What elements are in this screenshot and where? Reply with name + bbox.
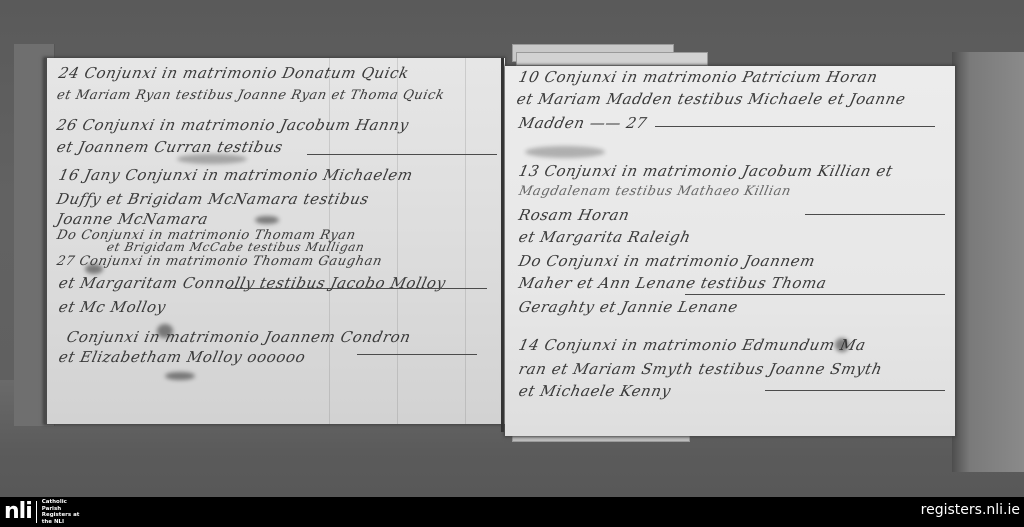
entry-separator <box>655 126 935 127</box>
image-viewer[interactable]: 24 Conjunxi in matrimonio Donatum Quick … <box>0 0 1024 497</box>
ink-smudge <box>165 372 195 380</box>
ink-smudge <box>255 216 279 224</box>
entry-line: Duffy et Brigidam McNamara testibus <box>55 190 371 208</box>
ink-smudge <box>835 338 849 352</box>
book-spine <box>501 58 504 432</box>
entry-line: et Mariam Madden testibus Michaele et Jo… <box>515 90 907 108</box>
entry-line: 10 Conjunxi in matrimonio Patricium Hora… <box>517 68 879 86</box>
left-page: 24 Conjunxi in matrimonio Donatum Quick … <box>44 58 505 424</box>
entry-separator <box>805 214 945 215</box>
entry-line: Madden —— 27 <box>517 114 649 132</box>
entry-line: Conjunxi in matrimonio Joannem Condron <box>65 328 413 346</box>
logo-text: Catholic Parish Registers at the NLI <box>42 499 87 525</box>
entry-line: 24 Conjunxi in matrimonio Donatum Quick <box>57 64 411 82</box>
entry-line: et Margaritam Connolly testibus Jacobo M… <box>57 274 448 292</box>
entry-line: 16 Jany Conjunxi in matrimonio Michaelem <box>57 166 415 184</box>
entry-separator <box>307 154 497 155</box>
ink-smudge <box>525 146 605 158</box>
entry-separator <box>227 288 487 289</box>
entry-line: Rosam Horan <box>517 206 631 224</box>
entry-line: et Elizabetham Molloy oooooo <box>57 348 307 366</box>
entry-line: et Mc Molloy <box>57 298 168 316</box>
right-page: 10 Conjunxi in matrimonio Patricium Hora… <box>505 66 955 436</box>
page-tab-top-2 <box>516 52 708 66</box>
entry-line: ran et Mariam Smyth testibus Joanne Smyt… <box>517 360 884 378</box>
footer-bar: nli Catholic Parish Registers at the NLI… <box>0 497 1024 527</box>
entry-line: Do Conjunxi in matrimonio Joannem <box>517 252 817 270</box>
entry-line: Joanne McNamara <box>55 210 210 228</box>
ruled-line <box>397 58 398 424</box>
entry-separator <box>685 294 945 295</box>
ink-smudge <box>177 154 247 164</box>
nli-logo[interactable]: nli Catholic Parish Registers at the NLI <box>4 500 87 524</box>
ruled-line <box>465 58 466 424</box>
book-cover-right <box>952 52 1024 472</box>
nli-logo-mark: nli <box>4 500 32 524</box>
site-url-link[interactable]: registers.nli.ie <box>921 502 1020 518</box>
entry-line: et Brigidam McCabe testibus Mulligan <box>106 240 366 254</box>
entry-line: et Margarita Raleigh <box>517 228 693 246</box>
entry-line: 26 Conjunxi in matrimonio Jacobum Hanny <box>55 116 411 134</box>
logo-divider <box>36 501 37 523</box>
entry-line: 13 Conjunxi in matrimonio Jacobum Killia… <box>517 162 894 180</box>
entry-line: et Joannem Curran testibus <box>55 138 285 156</box>
entry-line: Geraghty et Jannie Lenane <box>517 298 740 316</box>
entry-separator <box>357 354 477 355</box>
entry-line: 27 Conjunxi in matrimonio Thomam Gaughan <box>55 254 383 269</box>
entry-separator <box>765 390 945 391</box>
entry-line: et Michaele Kenny <box>517 382 673 400</box>
entry-line: et Mariam Ryan testibus Joanne Ryan et T… <box>55 88 446 103</box>
entry-line: Magdalenam testibus Mathaeo Killian <box>517 184 792 199</box>
ink-smudge <box>85 264 103 274</box>
entry-line: Maher et Ann Lenane testibus Thoma <box>517 274 828 292</box>
entry-line: 14 Conjunxi in matrimonio Edmundum Ma <box>517 336 868 354</box>
